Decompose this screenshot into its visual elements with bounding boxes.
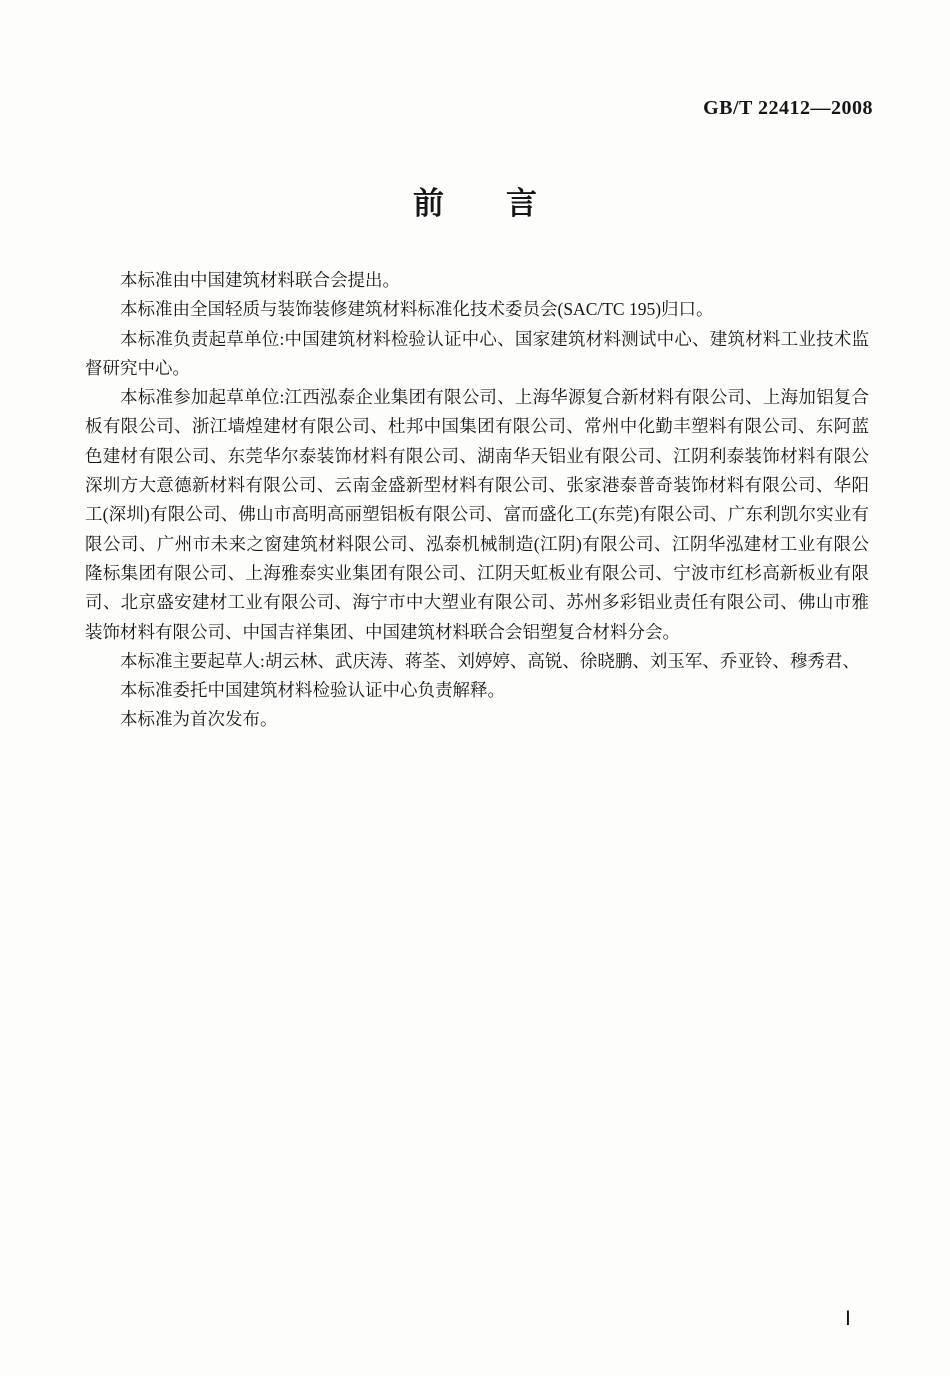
foreword-line: 本标准由中国建筑材料联合会提出。 <box>85 266 869 295</box>
foreword-line: 本标准负责起草单位:中国建筑材料检验认证中心、国家建筑材料测试中心、建筑材料工业… <box>85 325 869 354</box>
foreword-line: 本标准委托中国建筑材料检验认证中心负责解释。 <box>85 676 869 705</box>
foreword-line: 本标准为首次发布。 <box>85 705 869 734</box>
foreword-line: 装饰材料有限公司、中国吉祥集团、中国建筑材料联合会铝塑复合材料分会。 <box>85 618 869 647</box>
foreword-line: 深圳方大意德新材料有限公司、云南金盛新型材料有限公司、张家港泰普奇装饰材料有限公… <box>85 471 869 500</box>
foreword-line: 本标准由全国轻质与装饰装修建筑材料标准化技术委员会(SAC/TC 195)归口。 <box>85 295 869 324</box>
foreword-line: 工(深圳)有限公司、佛山市高明高丽塑铝板有限公司、富而盛化工(东莞)有限公司、广… <box>85 500 869 529</box>
foreword-line: 隆标集团有限公司、上海雅泰实业集团有限公司、江阴天虹板业有限公司、宁波市红杉高新… <box>85 559 869 588</box>
standard-number: GB/T 22412—2008 <box>703 97 873 120</box>
foreword-line: 限公司、广州市未来之窗建筑材料限公司、泓泰机械制造(江阴)有限公司、江阴华泓建材… <box>85 530 869 559</box>
page-number: Ⅰ <box>845 1306 851 1331</box>
foreword-line: 色建材有限公司、东莞华尔泰装饰材料有限公司、湖南华天铝业有限公司、江阴利泰装饰材… <box>85 442 869 471</box>
document-page: GB/T 22412—2008 前 言 本标准由中国建筑材料联合会提出。 本标准… <box>0 0 950 1376</box>
foreword-line: 司、北京盛安建材工业有限公司、海宁市中大塑业有限公司、苏州多彩铝业责任有限公司、… <box>85 588 869 617</box>
foreword-line: 督研究中心。 <box>85 354 869 383</box>
page-title: 前 言 <box>0 178 950 223</box>
foreword-line: 本标准主要起草人:胡云林、武庆涛、蒋荃、刘婷婷、高锐、徐晓鹏、刘玉军、乔亚铃、穆… <box>85 647 869 676</box>
foreword-line: 板有限公司、浙江墙煌建材有限公司、杜邦中国集团有限公司、常州中化勤丰塑料有限公司… <box>85 412 869 441</box>
foreword-line: 本标准参加起草单位:江西泓泰企业集团有限公司、上海华源复合新材料有限公司、上海加… <box>85 383 869 412</box>
foreword-body: 本标准由中国建筑材料联合会提出。 本标准由全国轻质与装饰装修建筑材料标准化技术委… <box>85 266 869 735</box>
